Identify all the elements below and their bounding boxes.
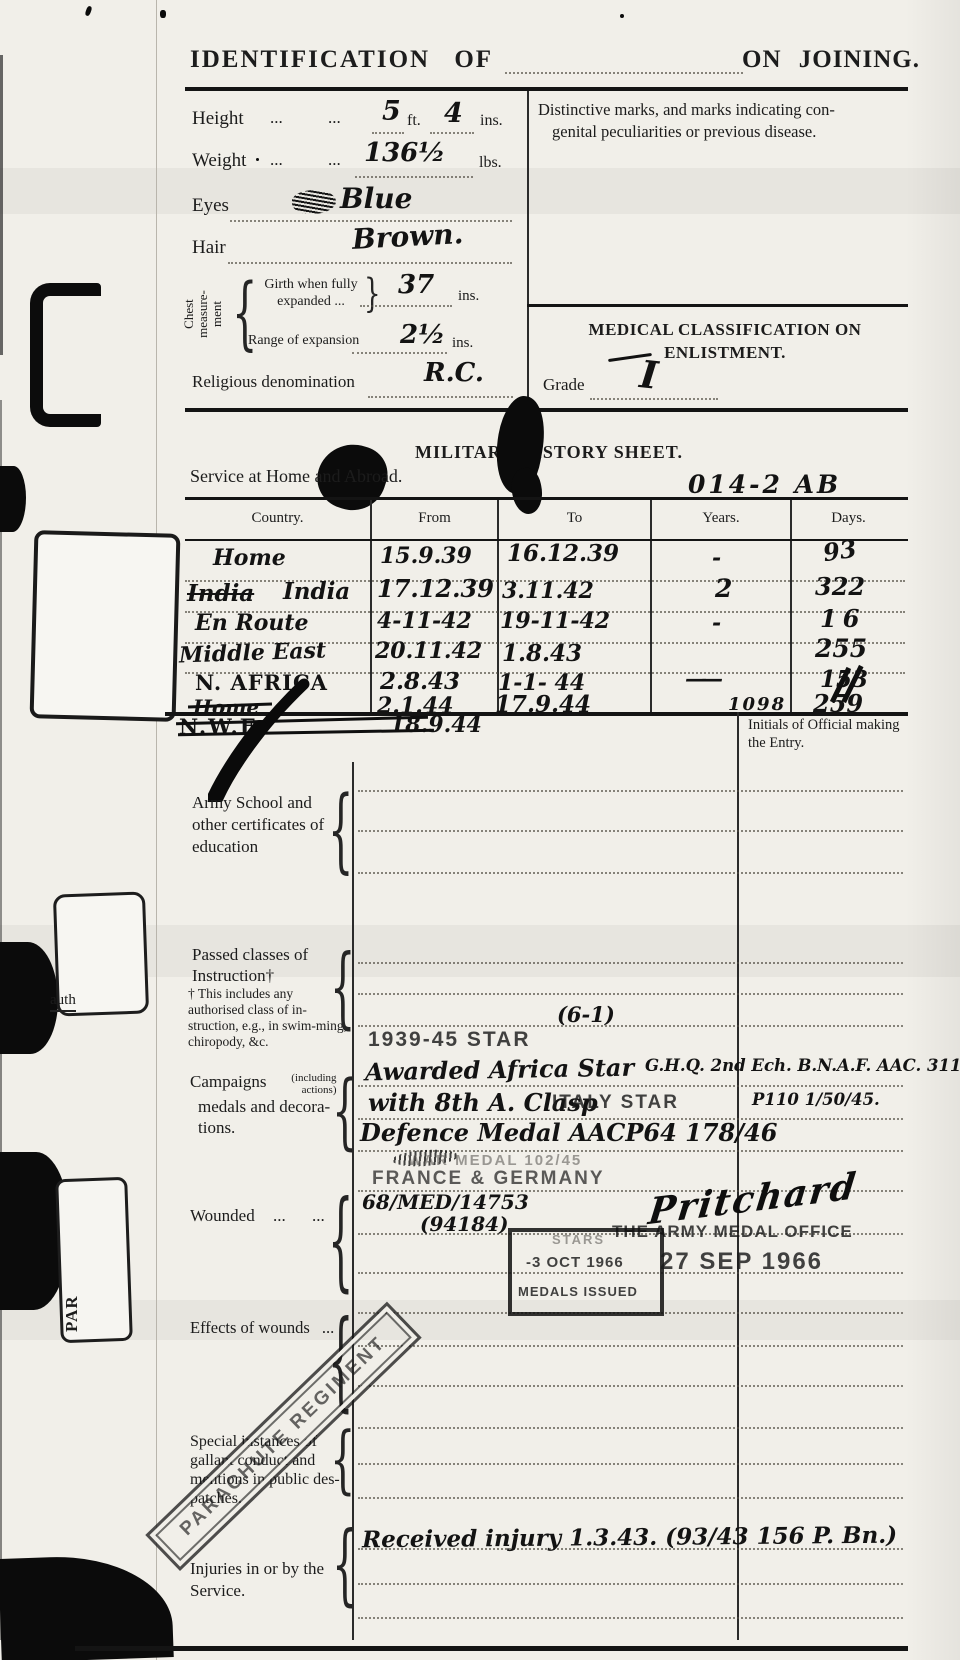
entry-line xyxy=(358,1385,903,1387)
entry-line xyxy=(358,1583,903,1585)
scanned-document-page: auth PAR IDENTIFICATION OF ON JOINING. H… xyxy=(0,0,960,1660)
passed-classes-brace xyxy=(330,938,355,984)
fold-line xyxy=(156,0,157,1660)
wounded-label: Wounded xyxy=(190,1206,255,1225)
defence-medal-line: Defence Medal AACP64 178/46 xyxy=(360,1118,777,1147)
injuries-entry: Received injury 1.3.43. (93/43 156 P. Bn… xyxy=(362,1522,897,1554)
cell-days: 16 xyxy=(820,604,865,633)
underlying-text-fragment: auth xyxy=(50,992,76,1012)
religion-line xyxy=(368,396,513,398)
ink-speck xyxy=(84,5,92,16)
rule-mhs-top xyxy=(185,408,908,412)
weight-value: 136½ xyxy=(364,138,445,168)
rule-medical xyxy=(527,304,908,307)
table-row: India India 17.12.39 3.11.42 2 322 xyxy=(165,578,905,608)
cell-country: En Route xyxy=(195,610,309,636)
page-title-right: ON JOINING. xyxy=(742,46,920,74)
ft-label: ft. xyxy=(407,112,421,130)
stamp-stars: STARS xyxy=(552,1232,605,1247)
cell-from: 17.12.39 xyxy=(377,574,494,603)
girth-value: 37 xyxy=(398,270,434,300)
initials-col-line xyxy=(737,712,739,1640)
weight-label: Weight xyxy=(192,150,246,172)
entry-line xyxy=(358,872,903,874)
height-ft-line xyxy=(372,132,404,134)
effects-label: Effects of wounds xyxy=(190,1318,310,1337)
religion-label: Religious denomination xyxy=(192,372,355,392)
entry-line xyxy=(358,1497,903,1499)
entry-line xyxy=(358,1427,903,1429)
girth-unit: ins. xyxy=(458,288,479,305)
cell-from: 20.11.42 xyxy=(375,638,482,664)
leader-dots: ... xyxy=(270,108,283,128)
wounded-label-block: Wounded ... ... xyxy=(190,1206,350,1226)
col-header-days: Days. xyxy=(792,510,905,527)
campaigns-label-block: Campaigns (including actions) medals and… xyxy=(190,1072,350,1138)
cell-to: 19-11-42 xyxy=(500,608,610,634)
eyes-value: Blue xyxy=(340,182,412,215)
cell-from: 2.8.43 xyxy=(380,668,460,695)
campaigns-sup: (including actions) xyxy=(271,1072,337,1096)
range-unit: ins. xyxy=(452,335,473,352)
injuries-brace xyxy=(332,1515,357,1561)
height-ins-value: 4 xyxy=(444,98,463,129)
leader-dots: ... xyxy=(328,150,341,170)
scan-edge-right xyxy=(905,0,960,1660)
distinctive-marks-line1: Distinctive marks, and marks indicating … xyxy=(538,100,835,120)
girth-line xyxy=(360,305,452,307)
religion-value: R.C. xyxy=(424,358,484,388)
entry-line xyxy=(358,1345,903,1347)
awarded-ref2: P110 1/50/45. xyxy=(752,1090,880,1109)
leader-dots: ... xyxy=(270,150,283,170)
awarded-ref1: G.H.Q. 2nd Ech. B.N.A.F. AAC. 311/43. xyxy=(645,1056,960,1075)
col-header-years: Years. xyxy=(652,510,790,527)
fragment-auth: auth xyxy=(50,992,76,1008)
stamp-1939-45-star: 1939-45 STAR xyxy=(368,1028,531,1052)
wounded-ref1: 68/MED/14753 xyxy=(362,1190,529,1214)
awarded-line1: Awarded Africa Star xyxy=(365,1053,635,1087)
grade-line xyxy=(590,398,718,400)
campaigns-label: Campaigns xyxy=(190,1072,267,1091)
distinctive-marks-line2: genital peculiarities or previous diseas… xyxy=(552,122,816,142)
grade-value: I xyxy=(638,351,660,398)
army-school-brace xyxy=(328,778,353,824)
rule-top xyxy=(185,87,908,91)
cell-days: 93 xyxy=(821,534,858,567)
girth-small-brace xyxy=(364,272,381,302)
table-row: En Route 4-11-42 19-11-42 - 16 xyxy=(165,610,905,640)
grade-label: Grade xyxy=(543,375,585,395)
passed-classes-note: † This includes any authorised class of … xyxy=(188,986,348,1050)
stamp-medals-issued: MEDALS ISSUED xyxy=(518,1284,638,1299)
page-edge-line xyxy=(0,55,3,355)
chest-label-line1: Chest xyxy=(182,266,196,362)
cell-country: India xyxy=(283,578,350,605)
col-header-country: Country. xyxy=(185,510,370,527)
binder-slot xyxy=(30,530,181,722)
cell-from: 15.9.39 xyxy=(380,543,472,569)
stamp-date-sep: 27 SEP 1966 xyxy=(660,1248,823,1276)
cell-from: 4-11-42 xyxy=(377,608,472,634)
lbs-label: lbs. xyxy=(479,154,502,172)
girth-label: Girth when fully expanded ... xyxy=(252,276,370,310)
note-6-1: (6-1) xyxy=(557,1002,615,1027)
leader-dots: ... xyxy=(312,1206,325,1225)
ink-speck xyxy=(160,10,166,18)
chest-label-rotated: Chest measure- ment xyxy=(182,266,224,362)
table-row: Middle East 20.11.42 1.8.43 255 xyxy=(165,640,905,670)
table-row: Home 15.9.39 16.12.39 - 93 xyxy=(165,545,905,575)
scan-shade xyxy=(0,1300,960,1340)
eyes-label: Eyes xyxy=(192,195,229,217)
range-label: Range of expansion xyxy=(248,333,359,349)
leader-dots: ... xyxy=(273,1206,286,1225)
height-ins-line xyxy=(430,132,474,134)
stars-stamp-box: STARS -3 OCT 1966 MEDALS ISSUED xyxy=(508,1228,664,1316)
hair-line xyxy=(228,262,512,264)
rule-table-top xyxy=(185,497,908,500)
entry-line xyxy=(358,790,903,792)
cell-days: 322 xyxy=(815,572,865,601)
divider-vertical-id xyxy=(527,91,529,409)
cell-country: Home xyxy=(213,545,286,571)
weight-line xyxy=(355,176,473,178)
campaigns-label-2: medals and decora-tions. xyxy=(198,1096,350,1138)
fragment-par: PAR xyxy=(62,1295,81,1332)
cell-years: - xyxy=(712,545,721,571)
campaigns-brace xyxy=(332,1065,357,1111)
height-ft-value: 5 xyxy=(382,96,401,127)
hair-value: Brown. xyxy=(351,217,464,256)
cell-years: 2 xyxy=(715,574,732,603)
medical-title-line1: MEDICAL CLASSIFICATION ON xyxy=(560,320,890,340)
mhs-subtitle: Service at Home and Abroad. xyxy=(190,466,402,487)
passed-classes-label: Passed classes of Instruction† xyxy=(192,944,342,986)
entry-line xyxy=(358,1085,903,1087)
special-brace xyxy=(330,1418,355,1464)
entry-line xyxy=(358,962,903,964)
page-edge-line xyxy=(0,1000,2,1640)
army-school-label: Army School and other certificates of ed… xyxy=(192,792,342,858)
ink-blob-bottom-left xyxy=(0,1553,174,1660)
range-value: 2½ xyxy=(400,320,445,350)
range-line xyxy=(352,352,447,354)
hair-label: Hair xyxy=(192,237,226,259)
cell-to: 16.12.39 xyxy=(507,540,619,567)
rule-bottom xyxy=(75,1646,908,1651)
underlying-text-fragment-rotated: PAR xyxy=(62,1295,82,1332)
ins-label: ins. xyxy=(480,112,503,130)
cell-country: Middle East xyxy=(179,637,327,668)
wounded-brace xyxy=(328,1180,353,1226)
cell-days: 255 xyxy=(815,634,867,663)
cell-years: - xyxy=(712,610,721,636)
injuries-label: Injuries in or by the Service. xyxy=(190,1558,340,1602)
chest-label-line3: ment xyxy=(210,266,224,362)
ink-stroke xyxy=(208,672,328,802)
cell-to: 1.8.43 xyxy=(502,640,582,667)
leader-dots: ... xyxy=(328,108,341,128)
mhs-ref-number: 014-2 AB xyxy=(688,470,841,499)
mhs-title: MILITARY HISTORY SHEET. xyxy=(415,442,683,463)
height-label: Height xyxy=(192,108,244,130)
col-header-to: To xyxy=(499,510,650,527)
stamp-france-germany: FRANCE & GERMANY xyxy=(372,1168,605,1190)
wounded-ref2: (94184) xyxy=(420,1212,509,1236)
binder-clip-mark xyxy=(30,283,101,427)
cell-country-struck: India xyxy=(187,580,254,607)
ink-speck xyxy=(256,158,259,161)
entry-line xyxy=(358,1025,903,1027)
entry-line xyxy=(358,1617,903,1619)
page-title-left: IDENTIFICATION OF xyxy=(190,46,493,74)
col-header-from: From xyxy=(372,510,497,527)
entry-line xyxy=(358,993,903,995)
stamp-date-oct: -3 OCT 1966 xyxy=(526,1254,624,1271)
ink-blob xyxy=(0,466,26,532)
cell-to: 3.11.42 xyxy=(502,578,594,604)
initials-note: Initials of Official making the Entry. xyxy=(748,716,906,752)
scan-shade xyxy=(0,168,960,214)
chest-label-line2: measure- xyxy=(196,266,210,362)
entry-line xyxy=(358,830,903,832)
cell-years: —— xyxy=(685,666,717,692)
entry-line xyxy=(358,1463,903,1465)
stamp-war-medal: WAR MEDAL 102/45 xyxy=(408,1152,582,1169)
stamp-italy-star: ITALY STAR xyxy=(552,1092,679,1114)
title-dotted-line xyxy=(505,72,743,74)
ink-speck xyxy=(620,14,624,18)
